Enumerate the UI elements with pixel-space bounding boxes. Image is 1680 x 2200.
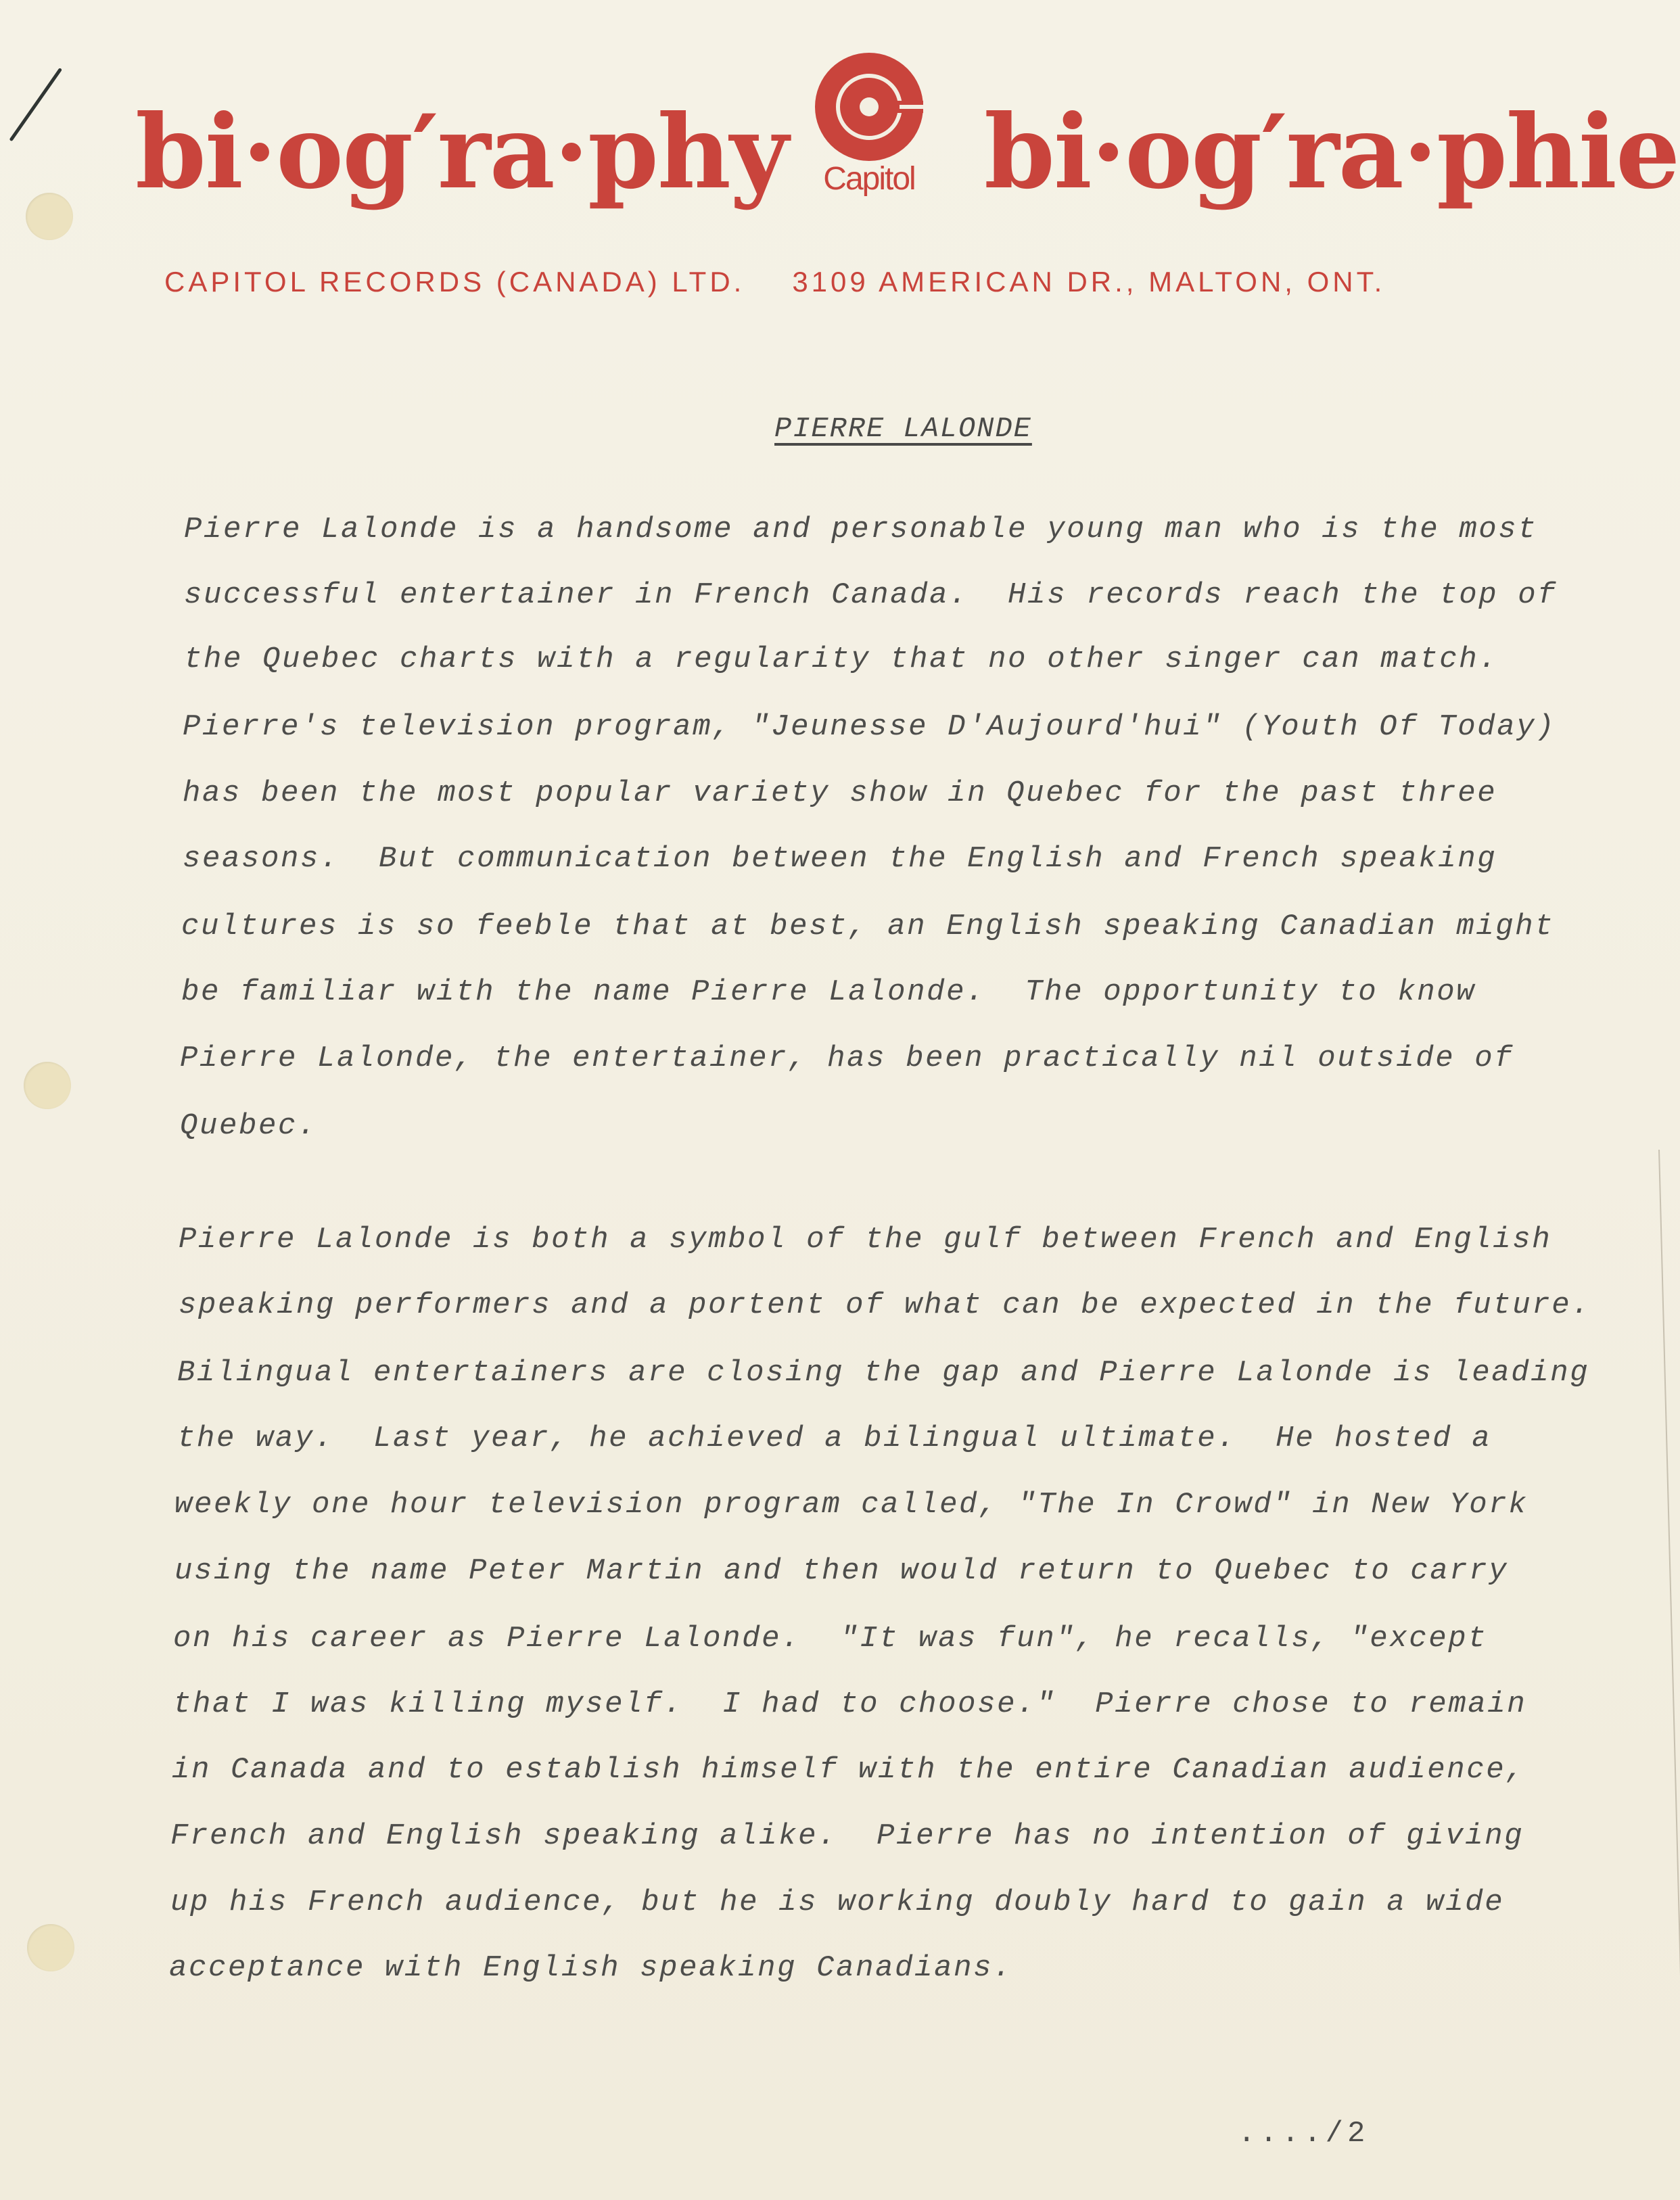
text-line: using the name Peter Martin and then wou… bbox=[174, 1554, 1508, 1588]
document-page: bi·og′ra·phy Capitol bi·og′ra·phie CAPIT… bbox=[0, 0, 1680, 2200]
letterhead-title-french: bi·og′ra·phie bbox=[984, 101, 1679, 203]
street-address: 3109 AMERICAN DR., MALTON, ONT. bbox=[792, 266, 1385, 298]
page-fold-edge bbox=[1658, 1150, 1680, 2200]
letterhead-address: CAPITOL RECORDS (CANADA) LTD.3109 AMERIC… bbox=[164, 266, 1385, 298]
document-title: PIERRE LALONDE bbox=[774, 413, 1032, 445]
page-continuation-marker: ..../2 bbox=[1238, 2117, 1369, 2151]
text-line: Pierre's television program, "Jeunesse D… bbox=[183, 710, 1556, 744]
capitol-record-icon bbox=[815, 53, 923, 161]
punch-hole-bottom bbox=[27, 1924, 74, 1971]
text-line: Pierre Lalonde, the entertainer, has bee… bbox=[180, 1042, 1514, 1075]
text-line: speaking performers and a portent of wha… bbox=[179, 1288, 1591, 1322]
pen-mark bbox=[9, 68, 62, 141]
letterhead-title-english: bi·og′ra·phy bbox=[135, 101, 787, 203]
text-line: Pierre Lalonde is a handsome and persona… bbox=[184, 513, 1537, 546]
text-line: the way. Last year, he achieved a biling… bbox=[177, 1422, 1491, 1455]
text-line: acceptance with English speaking Canadia… bbox=[169, 1951, 1012, 1985]
punch-hole-middle bbox=[24, 1062, 71, 1109]
company-name: CAPITOL RECORDS (CANADA) LTD. bbox=[164, 266, 745, 298]
text-line: up his French audience, but he is workin… bbox=[170, 1886, 1504, 1919]
text-line: Quebec. bbox=[180, 1109, 317, 1143]
logo-wordmark: Capitol bbox=[812, 160, 927, 197]
text-line: on his career as Pierre Lalonde. "It was… bbox=[173, 1622, 1487, 1656]
text-line: cultures is so feeble that at best, an E… bbox=[181, 910, 1554, 943]
text-line: weekly one hour television program calle… bbox=[174, 1488, 1528, 1522]
text-line: French and English speaking alike. Pierr… bbox=[170, 1819, 1524, 1853]
punch-hole-top bbox=[26, 193, 73, 240]
text-line: Bilingual entertainers are closing the g… bbox=[177, 1356, 1589, 1390]
text-line: the Quebec charts with a regularity that… bbox=[184, 642, 1498, 676]
text-line: has been the most popular variety show i… bbox=[183, 776, 1497, 810]
text-line: in Canada and to establish himself with … bbox=[172, 1753, 1525, 1787]
text-line: that I was killing myself. I had to choo… bbox=[173, 1687, 1526, 1721]
text-line: successful entertainer in French Canada.… bbox=[184, 578, 1557, 612]
text-line: seasons. But communication between the E… bbox=[183, 842, 1497, 876]
text-line: Pierre Lalonde is both a symbol of the g… bbox=[179, 1223, 1551, 1257]
text-line: be familiar with the name Pierre Lalonde… bbox=[181, 975, 1476, 1009]
capitol-logo: Capitol bbox=[812, 53, 927, 197]
